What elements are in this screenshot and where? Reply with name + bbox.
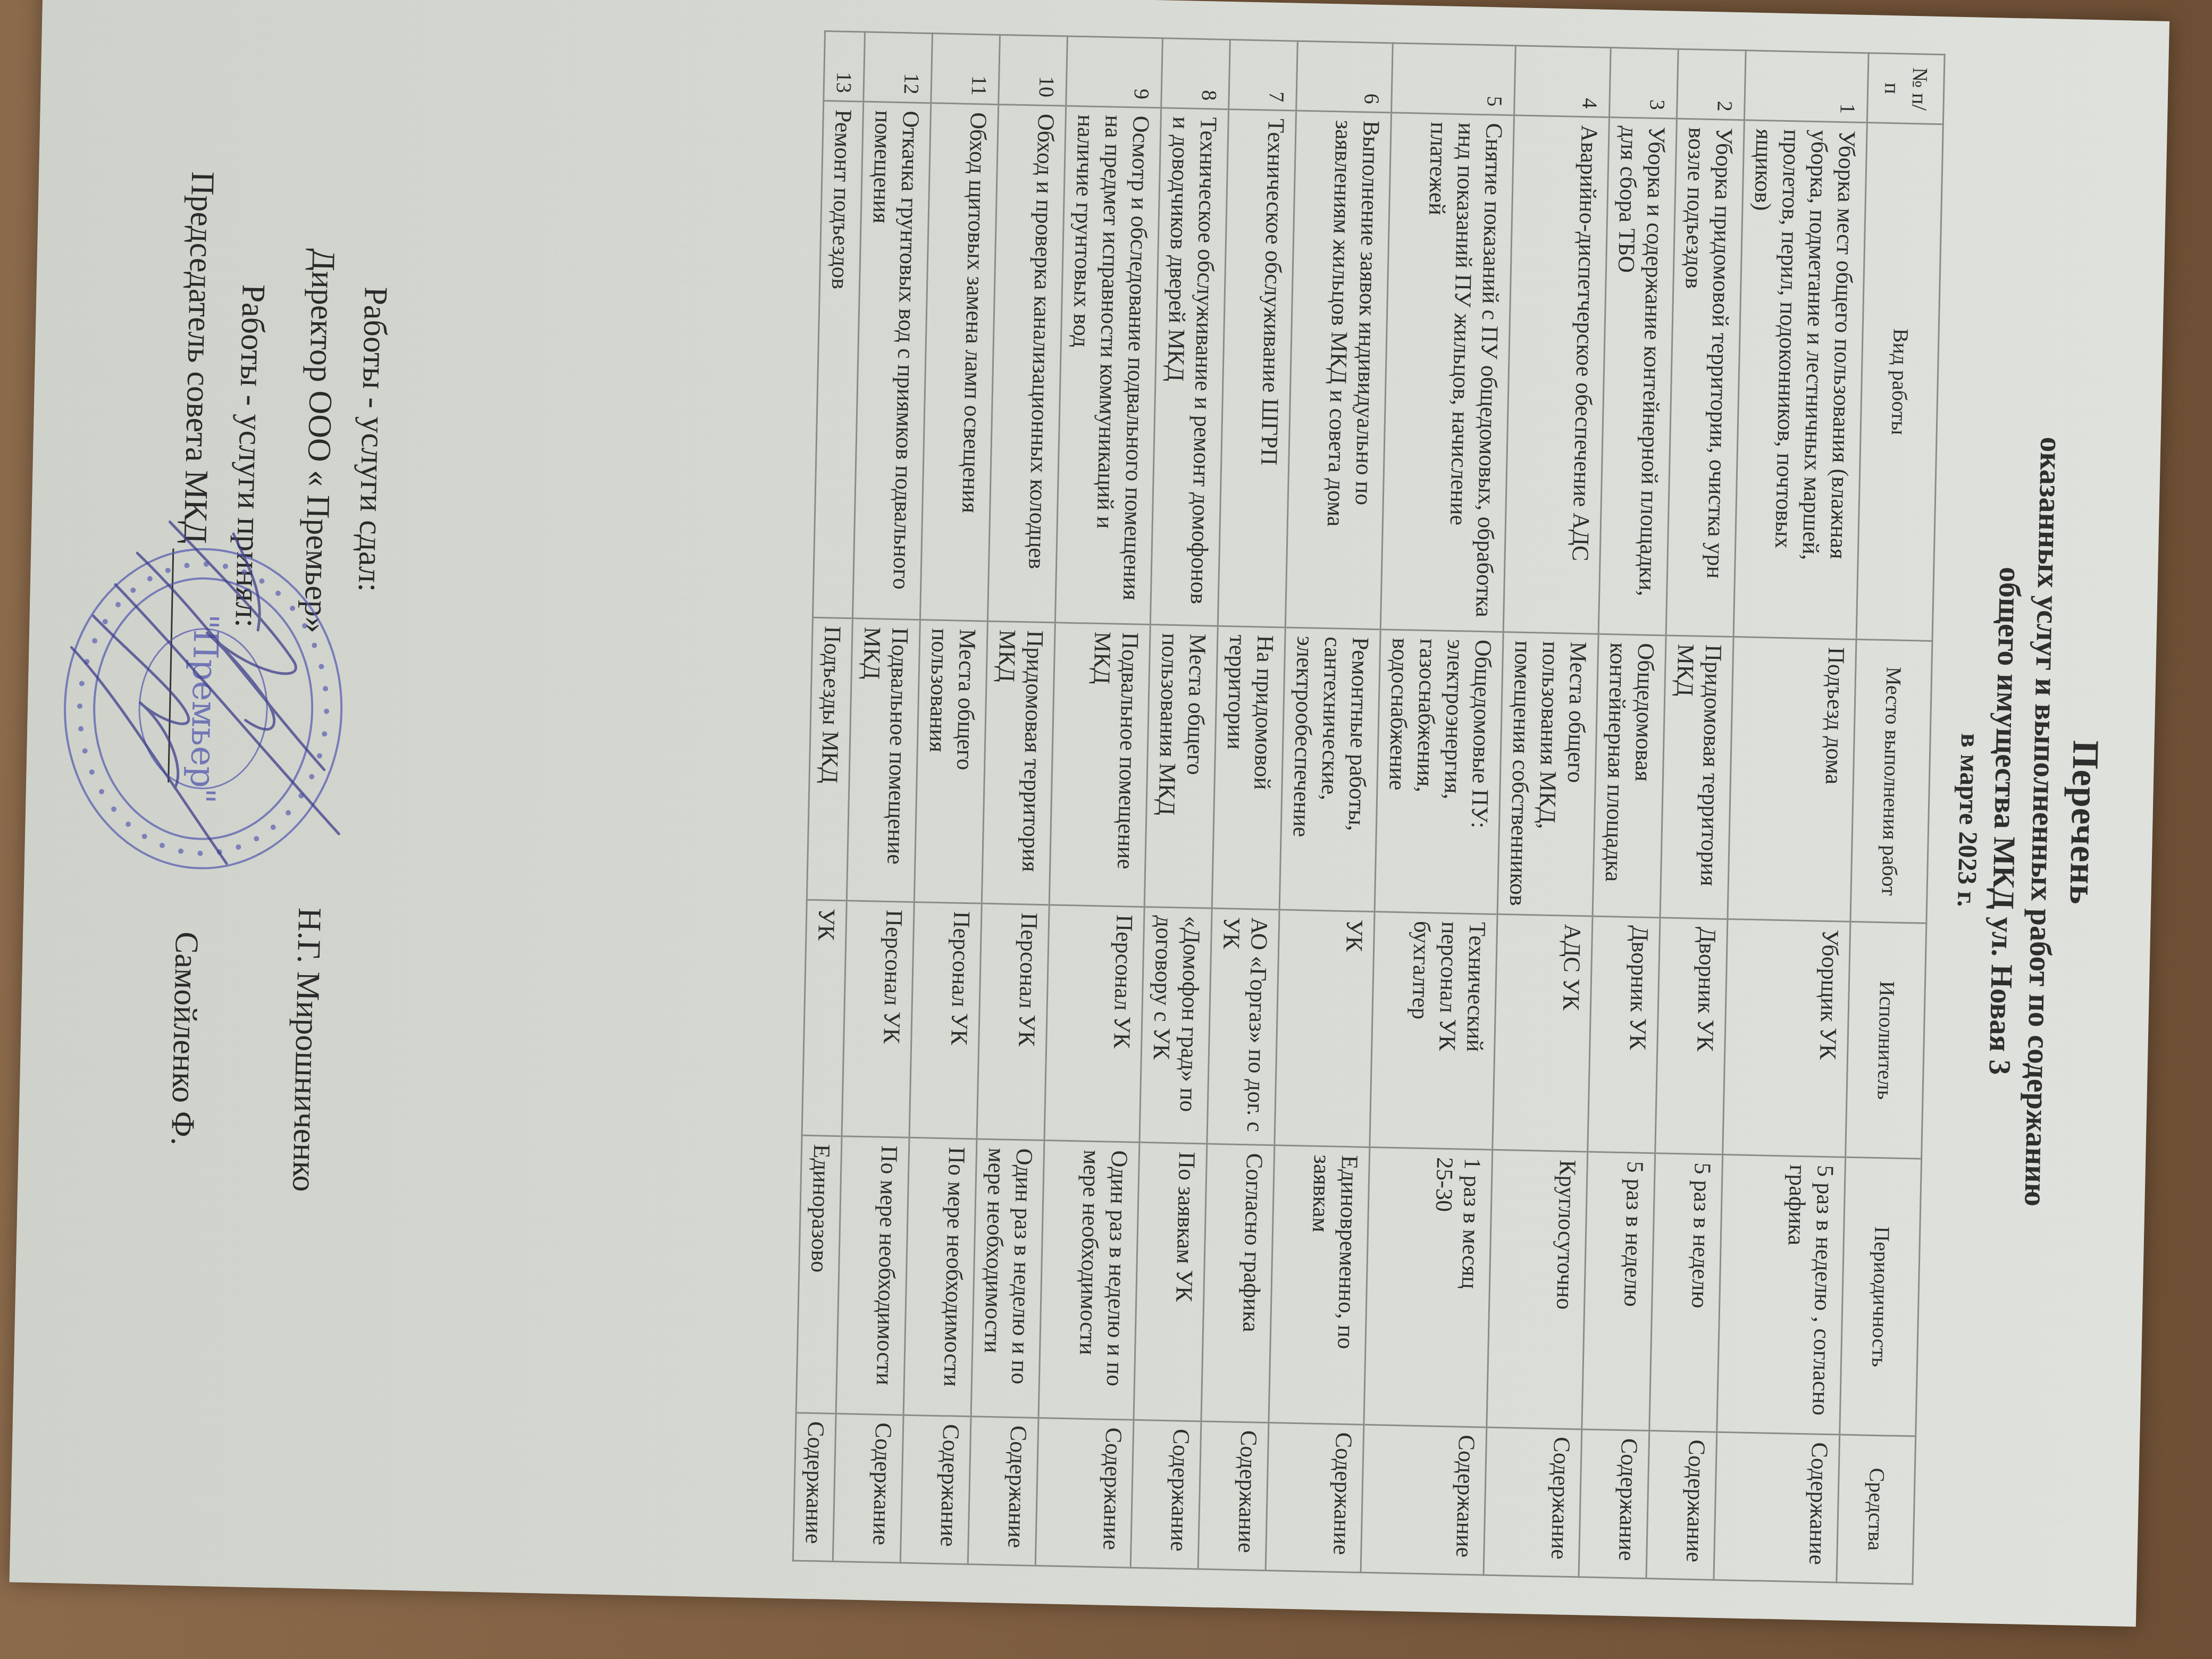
place-cell: Придомовая территория МКД <box>982 621 1055 905</box>
place-cell: Подвальное помещение МКД <box>1049 623 1150 907</box>
periodicity-cell: 5 раз в неделю <box>1649 1153 1723 1432</box>
work-type-cell: Техническое обслуживание ШГРП <box>1218 110 1296 627</box>
executor-cell: АО «Горгаз» по дог. с УК <box>1207 908 1279 1145</box>
periodicity-cell: По заявкам УК <box>1134 1143 1207 1421</box>
work-type-cell: Уборка мест общего пользования (влажная … <box>1733 120 1867 639</box>
place-cell: Места общего пользования МКД, помещения … <box>1497 632 1598 916</box>
executor-cell: Уборщик УК <box>1723 919 1850 1157</box>
funds-cell: Содержание <box>1646 1430 1717 1580</box>
periodicity-cell: Один раз в неделю и по мере необходимост… <box>1038 1141 1139 1420</box>
executor-cell: УК <box>802 900 847 1136</box>
works-table: № п/п Вид работы Место выполнения работ … <box>792 30 1946 1585</box>
row-number: 1 <box>1744 51 1869 123</box>
header-funds: Средства <box>1837 1435 1916 1584</box>
place-cell: Подвальное помещение МКД <box>847 618 920 902</box>
periodicity-cell: Единоразово <box>796 1136 842 1414</box>
executor-cell: АДС УК <box>1493 914 1593 1152</box>
table-body: 1 Уборка мест общего пользования (влажна… <box>793 31 1869 1582</box>
place-cell: Места общего пользования МКД <box>1144 625 1218 909</box>
executor-cell: УК <box>1275 910 1375 1147</box>
row-number: 7 <box>1229 40 1298 111</box>
funds-cell: Содержание <box>1484 1427 1582 1577</box>
funds-cell: Содержание <box>1130 1420 1201 1569</box>
work-type-cell: Откачка грунтовых вод с приямков подваль… <box>852 102 931 619</box>
place-cell: Придомовая территория МКД <box>1660 635 1733 919</box>
row-number: 10 <box>999 35 1068 106</box>
executor-cell: Технический персонал УК бухгалтер <box>1370 912 1497 1150</box>
work-type-cell: Уборка и содержание контейнерной площадк… <box>1598 118 1677 635</box>
place-cell: Места общего пользования <box>914 619 987 903</box>
place-cell: Подъезды МКД <box>807 617 852 901</box>
work-type-cell: Уборка придомовой территории, очистка ур… <box>1666 119 1744 636</box>
header-periodicity: Периодичность <box>1840 1158 1922 1436</box>
work-type-cell: Техническое обслуживание и ремонт домофо… <box>1150 108 1228 626</box>
funds-cell: Содержание <box>1198 1421 1269 1571</box>
row-number: 12 <box>864 32 933 103</box>
handwritten-signature-icon <box>40 488 394 899</box>
work-type-cell: Обход и проверка канализационных колодце… <box>987 105 1066 623</box>
periodicity-cell: Один раз в неделю и по мере необходимост… <box>971 1139 1044 1418</box>
accepted-role: Председатель совета МКД <box>177 171 221 544</box>
funds-cell: Содержание <box>1361 1425 1487 1575</box>
place-cell: Подъезд дома <box>1728 637 1856 922</box>
funds-cell: Содержание <box>900 1415 971 1564</box>
header-work: Вид работы <box>1856 123 1943 641</box>
executor-cell: Персонал УК <box>842 901 914 1138</box>
work-type-cell: Выполнение заявок индивидуально по заявл… <box>1285 111 1391 629</box>
work-type-cell: Снятие показаний с ПУ общедомовых, обраб… <box>1380 113 1514 632</box>
funds-cell: Содержание <box>1579 1429 1649 1579</box>
funds-cell: Содержание <box>1714 1432 1840 1582</box>
place-cell: Ремонтные работы, сантехнические, электр… <box>1279 627 1380 912</box>
row-number: 9 <box>1066 36 1163 108</box>
executor-cell: Персонал УК <box>1044 905 1144 1143</box>
work-type-cell: Аварийно-диспетчерское обеспечение АДС <box>1503 115 1609 634</box>
periodicity-cell: По мере необходимости <box>836 1136 909 1415</box>
handed-name: Н.Г. Мирошниченко <box>281 907 332 1192</box>
executor-cell: Персонал УК <box>977 903 1049 1141</box>
desk-background: Перечень оказанных услуг и выполненных р… <box>0 0 2212 1659</box>
row-number: 3 <box>1609 48 1678 119</box>
executor-cell: Персонал УК <box>909 902 982 1139</box>
header-place: Место выполнения работ <box>1850 639 1932 923</box>
row-number: 6 <box>1296 41 1393 113</box>
document-title: Перечень оказанных услуг и выполненных р… <box>1935 17 2122 1626</box>
periodicity-cell: Круглосуточно <box>1487 1150 1588 1429</box>
row-number: 2 <box>1677 49 1746 120</box>
periodicity-cell: 5 раз в неделю , согласно графика <box>1717 1155 1846 1435</box>
periodicity-cell: 1 раз в месяц 25-30 <box>1364 1147 1493 1427</box>
executor-cell: Дворник УК <box>1588 916 1660 1153</box>
accepted-name: Самойленко Ф. <box>160 931 209 1146</box>
periodicity-cell: Согласно графика <box>1201 1144 1275 1423</box>
executor-cell: Дворник УК <box>1655 918 1728 1155</box>
periodicity-cell: 5 раз в неделю <box>1582 1152 1655 1431</box>
funds-cell: Содержание <box>1266 1422 1364 1572</box>
periodicity-cell: По мере необходимости <box>903 1138 977 1417</box>
funds-cell: Содержание <box>793 1413 836 1562</box>
place-cell: На придомовой территории <box>1212 626 1285 910</box>
row-number: 4 <box>1514 46 1611 118</box>
work-type-cell: Обход щитовых замена ламп освещения <box>920 103 998 621</box>
funds-cell: Содержание <box>968 1417 1038 1566</box>
place-cell: Общедомовая контейнерная площадка <box>1593 634 1666 918</box>
row-number: 8 <box>1161 38 1230 110</box>
header-executor: Исполнитель <box>1846 921 1926 1159</box>
row-number: 13 <box>824 31 865 102</box>
row-number: 5 <box>1392 43 1516 115</box>
funds-cell: Содержание <box>833 1413 903 1563</box>
work-type-cell: Осмотр и обследование подвального помеще… <box>1055 106 1161 624</box>
row-number: 11 <box>931 33 1000 105</box>
funds-cell: Содержание <box>1035 1418 1134 1568</box>
document-page: Перечень оказанных услуг и выполненных р… <box>10 0 2169 1627</box>
header-num: № п/п <box>1867 53 1945 124</box>
periodicity-cell: Единовременно, по заявкам <box>1269 1145 1370 1425</box>
place-cell: Общедомовые ПУ: электроэнергия, газоснаб… <box>1375 630 1503 915</box>
executor-cell: «Домофон град» по договору с УК <box>1139 907 1212 1144</box>
